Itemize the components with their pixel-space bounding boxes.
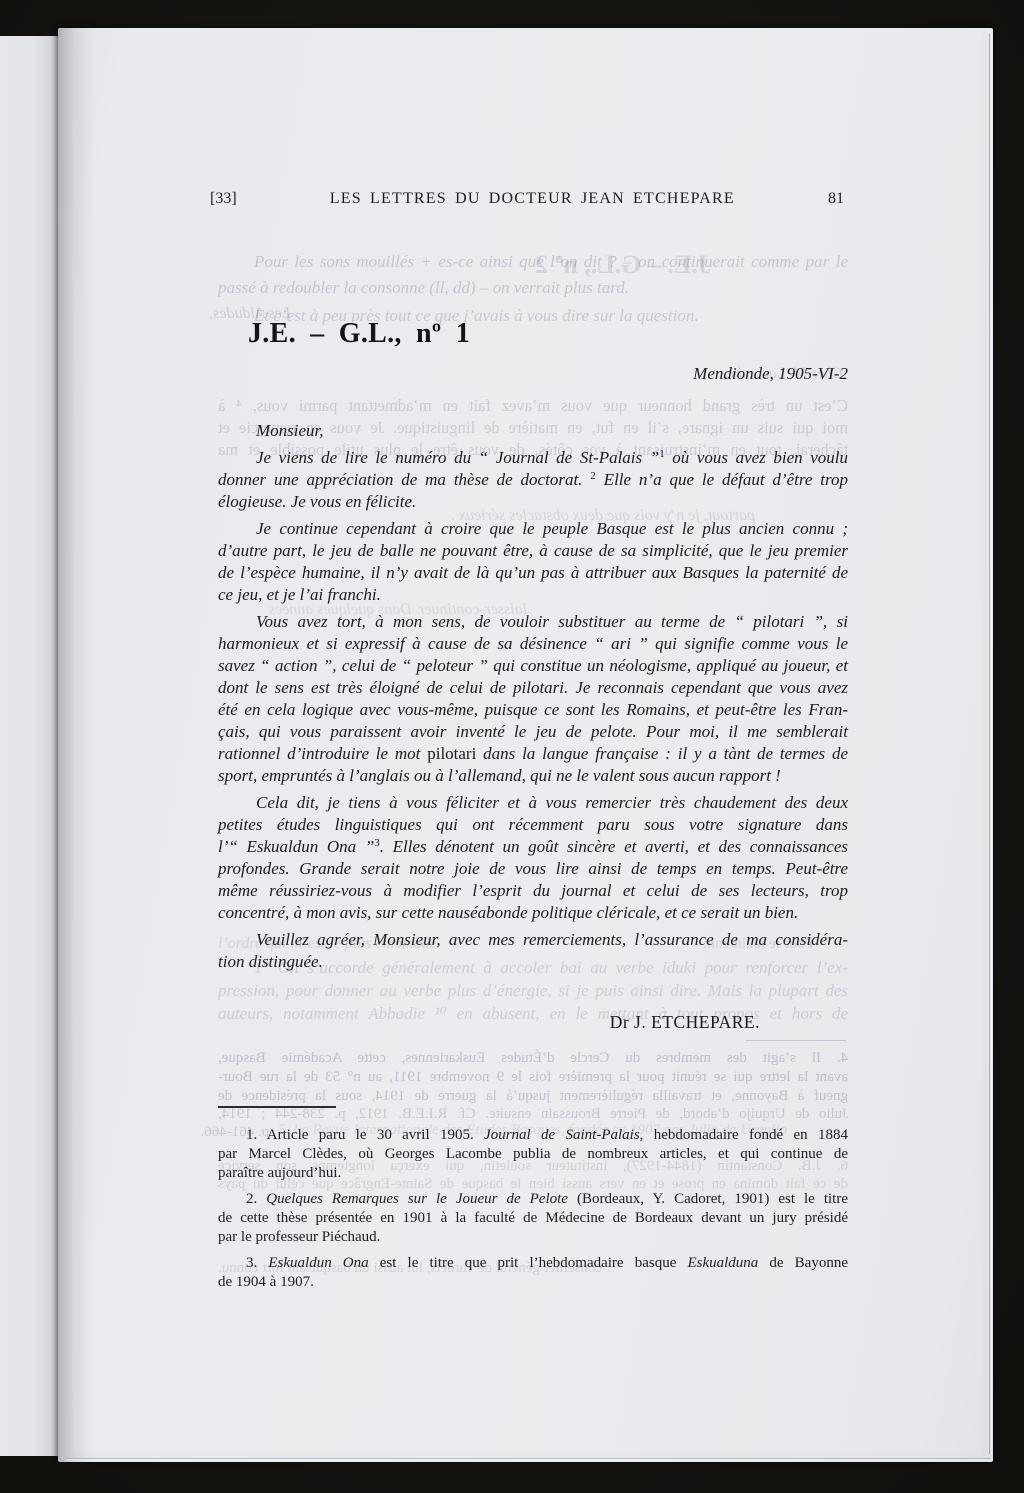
text-segment: élogieuse. Je vous en félicite. — [218, 492, 416, 511]
footnote-line: 1. Article paru le 30 avril 1905. Journa… — [218, 1126, 848, 1145]
text-segment: . Elles dénotent un goût sincère et aver… — [380, 837, 848, 856]
letter-line: même réussiriez-vous à modifier l’esprit… — [218, 880, 848, 902]
ghost-line: Pour les sons mouillés + es-ce ainsi que… — [218, 252, 848, 272]
text-segment: dans la langue française : il y a tànt d… — [476, 744, 848, 763]
letter-line: ce jeu, et je l’ai franchi. — [218, 584, 848, 606]
text-segment: pilotari — [427, 744, 476, 763]
letter-body: Monsieur,Je viens de lire le numéro du “… — [218, 420, 848, 973]
text-segment: Quelques Remarques sur le Joueur de Pelo… — [266, 1191, 568, 1207]
letter-line: Vous avez tort, à mon sens, de vouloir s… — [218, 611, 848, 633]
text-segment: est le titre que prit l’hebdomadaire bas… — [369, 1255, 688, 1271]
text-segment: tion distinguée. — [218, 952, 323, 971]
footnote-line: 3. Eskualdun Ona est le titre que prit l… — [218, 1254, 848, 1273]
text-segment: sport, empruntés à l’anglais ou à l’alle… — [218, 766, 781, 785]
ghost-line: J.E. – G.L., nº 2 — [458, 255, 788, 275]
text-segment: de Bayonne — [758, 1255, 848, 1271]
facing-page — [0, 36, 58, 1456]
footnote-rule — [218, 1106, 336, 1108]
text-segment: 1. Article paru le 30 avril 1905. — [246, 1127, 484, 1143]
header-page-number: 81 — [828, 190, 856, 208]
letter-line: Je viens de lire le numéro du “ Journal … — [218, 447, 848, 469]
letter-line: rationnel d’introduire le mot pilotari d… — [218, 743, 848, 765]
text-segment: paraître aujourd’hui. — [218, 1165, 341, 1181]
text-segment: par Marcel Clèdes, où Georges Lacombe pu… — [218, 1146, 848, 1162]
page-edge-bottom — [66, 1458, 991, 1459]
text-segment: harmonieux et si expressif à cause de sa… — [218, 634, 848, 653]
footnote-line: par Marcel Clèdes, où Georges Lacombe pu… — [218, 1145, 848, 1164]
ghost-rule — [746, 1040, 846, 1041]
text-segment: l’“ Eskualdun Ona ” — [218, 837, 374, 856]
letter-line: profondes. Grande serait notre joie de v… — [218, 858, 848, 880]
page-edge-right — [989, 33, 990, 1454]
text-segment: 2. — [246, 1191, 266, 1207]
header-section-number: [33] — [210, 190, 237, 208]
text-segment: de l’espèce humaine, il n’y avait de là … — [218, 563, 848, 582]
page-gutter-shadow — [58, 28, 94, 1462]
letter-line: dont le sens est très éloigné de celui d… — [218, 677, 848, 699]
footnote-line: 2. Quelques Remarques sur le Joueur de P… — [218, 1190, 848, 1209]
letter-line: sport, empruntés à l’anglais ou à l’alle… — [218, 765, 848, 787]
text-segment: hebdomadaire fondé en 1884 — [643, 1127, 848, 1143]
footnote-line: de 1904 à 1907. — [218, 1273, 848, 1292]
text-segment: Eskualdun Ona — [268, 1255, 368, 1271]
text-segment: rationnel d’introduire le mot — [218, 744, 427, 763]
text-segment: par le professeur Piéchaud. — [218, 1229, 380, 1245]
text-segment: de 1904 à 1907. — [218, 1274, 314, 1290]
text-segment: savez “ action ”, celui de “ peloteur ” … — [218, 656, 848, 675]
ghost-line: C’est un très grand honneur que vous m’a… — [218, 396, 848, 416]
page-header: [33] LES LETTRES DU DOCTEUR JEAN ETCHEPA… — [210, 190, 856, 208]
section-title: J.E. – G.L., nº 1 — [248, 318, 470, 350]
footnotes: 1. Article paru le 30 avril 1905. Journa… — [218, 1126, 848, 1292]
letter-line: été en cela logique avec vous-même, puis… — [218, 699, 848, 721]
text-segment: ce jeu, et je l’ai franchi. — [218, 585, 381, 604]
ghost-line: gneuf à Bayonne, et travailla régulièrem… — [218, 1086, 848, 1106]
book-photo: Pour les sons mouillés + es-ce ainsi que… — [0, 0, 1024, 1493]
footnote-line: paraître aujourd’hui. — [218, 1164, 848, 1183]
letter-line: Veuillez agréer, Monsieur, avec mes reme… — [218, 929, 848, 951]
text-segment: été en cela logique avec vous-même, puis… — [218, 700, 848, 719]
ghost-line: passé à redoubler la consonne (ll, dd) –… — [218, 278, 848, 298]
text-segment: Journal de Saint-Palais, — [484, 1127, 643, 1143]
letter-line: Je continue cependant à croire que le pe… — [218, 518, 848, 540]
letter-line: de l’espèce humaine, il n’y avait de là … — [218, 562, 848, 584]
text-segment: concentré, à mon avis, sur cette nauséab… — [218, 903, 798, 922]
ghost-line: 4. Il s’agit des membres du Cercle d’Étu… — [218, 1048, 848, 1068]
letter-line: çais, qui vous paraissent avoir inventé … — [218, 721, 848, 743]
letter-line: donner une appréciation de ma thèse de d… — [218, 469, 848, 491]
text-segment: donner une appréciation de ma thèse de d… — [218, 470, 590, 489]
letter-line: d’autre part, le jeu de balle ne pouvant… — [218, 540, 848, 562]
header-running-title: LES LETTRES DU DOCTEUR JEAN ETCHEPARE — [330, 190, 735, 208]
letter-line: Cela dit, je tiens à vous féliciter et à… — [218, 792, 848, 814]
letter-line: tion distinguée. — [218, 951, 848, 973]
dateline: Mendionde, 1905-VI-2 — [218, 364, 848, 384]
text-segment: (Bordeaux, Y. Cadoret, 1901) est le titr… — [568, 1191, 848, 1207]
text-segment: Vous avez tort, à mon sens, de vouloir s… — [256, 612, 848, 631]
text-segment: Monsieur, — [256, 421, 324, 440]
letter-line: savez “ action ”, celui de “ peloteur ” … — [218, 655, 848, 677]
text-segment: d’autre part, le jeu de balle ne pouvant… — [218, 541, 848, 560]
letter-line: l’“ Eskualdun Ona ”3. Elles dénotent un … — [218, 836, 848, 858]
text-segment: dont le sens est très éloigné de celui d… — [218, 678, 848, 697]
text-segment: Eskualduna — [687, 1255, 758, 1271]
text-segment: même réussiriez-vous à modifier l’esprit… — [218, 881, 848, 900]
letter-line: concentré, à mon avis, sur cette nauséab… — [218, 902, 848, 924]
ghost-line: pression, pour donner au verbe plus d’én… — [218, 981, 848, 1001]
text-segment: de cette thèse présentée en 1901 à la fa… — [218, 1210, 848, 1226]
letter-line: petites études linguistiques qui ont réc… — [218, 814, 848, 836]
text-segment: 3. — [246, 1255, 268, 1271]
text-segment: Veuillez agréer, Monsieur, avec mes reme… — [256, 930, 848, 949]
text-segment: çais, qui vous paraissent avoir inventé … — [218, 722, 848, 741]
text-segment: Je continue cependant à croire que le pe… — [256, 519, 848, 538]
text-segment: profondes. Grande serait notre joie de v… — [218, 859, 848, 878]
letter-line: harmonieux et si expressif à cause de sa… — [218, 633, 848, 655]
text-segment: Elle n’a que le défaut d’être trop — [596, 470, 848, 489]
signature: Dr J. ETCHEPARE. — [218, 1012, 848, 1033]
text-segment: petites études linguistiques qui ont réc… — [218, 815, 848, 834]
footnote-line: de cette thèse présentée en 1901 à la fa… — [218, 1209, 848, 1228]
book-page: Pour les sons mouillés + es-ce ainsi que… — [58, 28, 993, 1462]
footnote-line: par le professeur Piéchaud. — [218, 1228, 848, 1247]
letter-line: élogieuse. Je vous en félicite. — [218, 491, 848, 513]
ghost-line: avant la lettre qui se réunit pour la pr… — [218, 1067, 848, 1087]
letter-line: Monsieur, — [218, 420, 848, 442]
text-segment: Cela dit, je tiens à vous féliciter et à… — [256, 793, 848, 812]
text-segment: Je viens de lire le numéro du “ Journal … — [256, 448, 659, 467]
text-segment: où vous avez bien voulu — [665, 448, 848, 467]
